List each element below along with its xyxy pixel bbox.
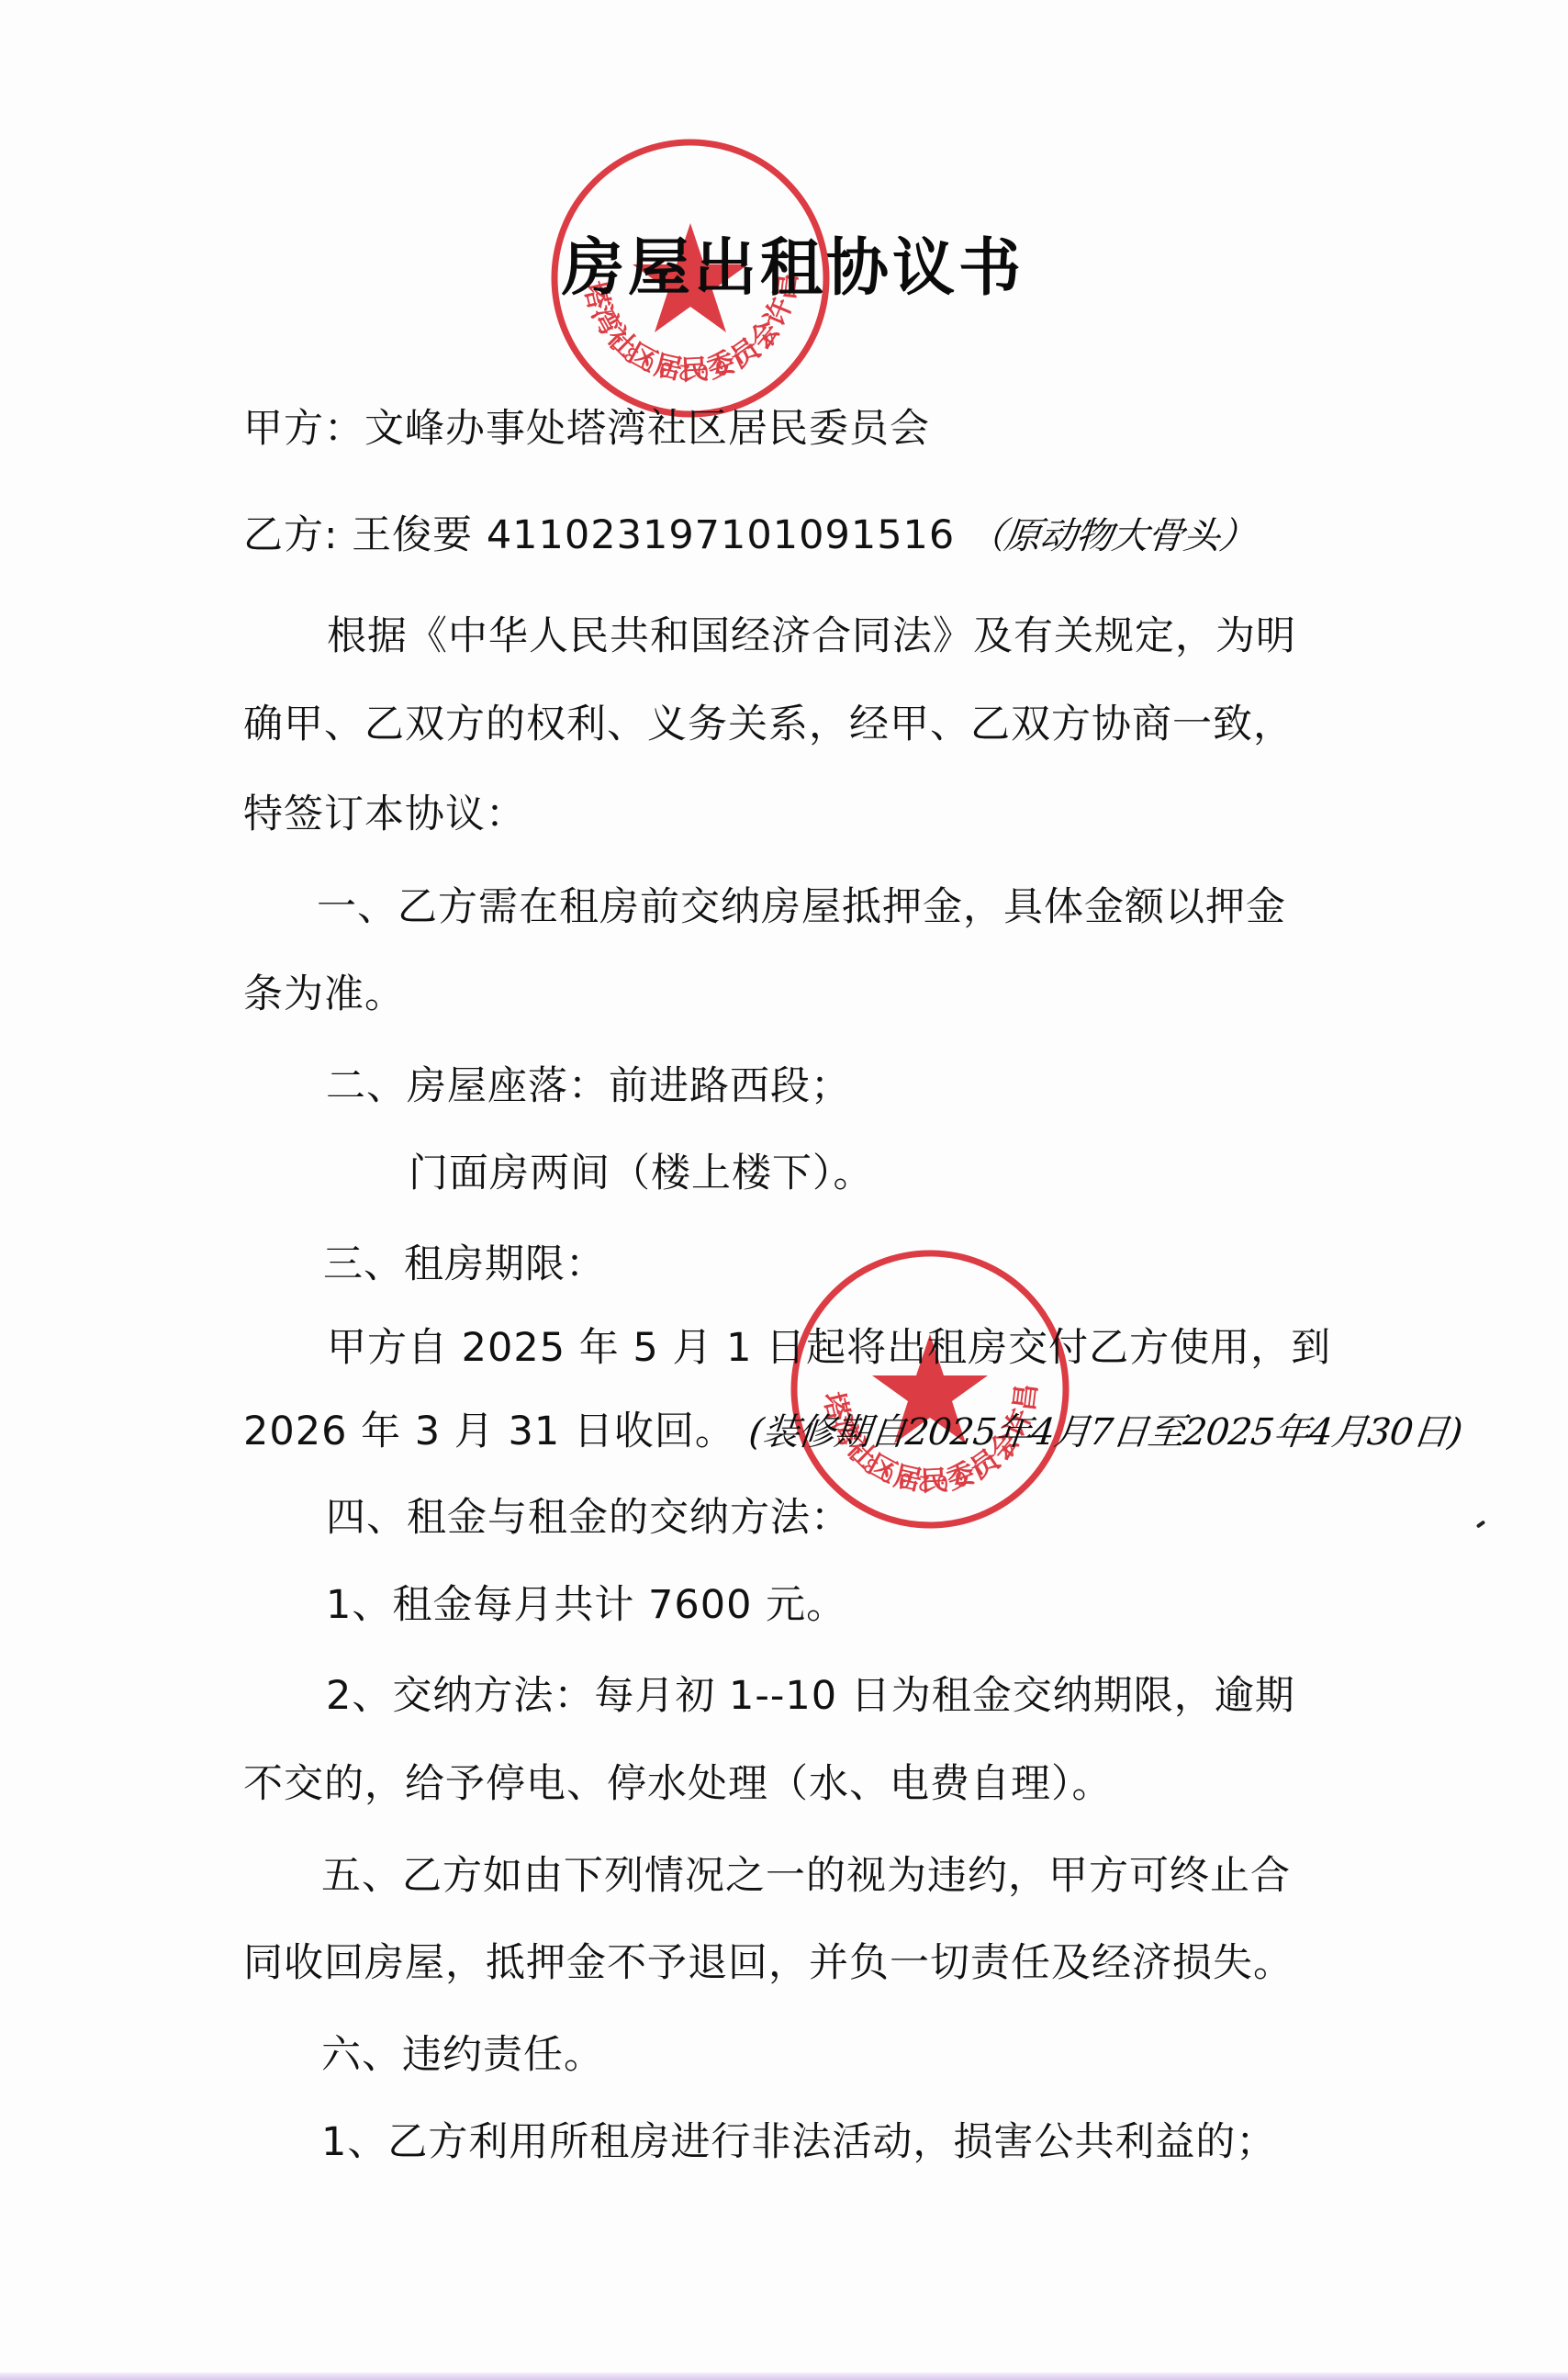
official-seal-icon: 4110020031 塔湾社区居民委员会许昌市魏都区 [788, 1247, 1072, 1532]
clause-4-item-1: 1、租金每月共计 7600 元。 [326, 1586, 846, 1625]
clause-3-line-2: 2026 年 3 月 31 日收回。 (装修期自2025年4月7日至2025年4… [243, 1412, 1462, 1452]
clause-6-item-1: 1、乙方利用所租房进行非法活动，损害公共利益的； [321, 2123, 1276, 2162]
scanned-document-page: 4110020031 塔湾社区居民委员会许昌市魏都区 4110020031 塔湾… [0, 0, 1568, 2380]
clause-5-line-1: 五、乙方如由下列情况之一的视为违约，甲方可终止合 [321, 1857, 1291, 1896]
clause-4-item-2-line-1: 2、交纳方法：每月初 1--10 日为租金交纳期限，逾期 [326, 1677, 1295, 1716]
intro-line-2: 确甲、乙双方的权利、义务关系，经甲、乙双方协商一致， [243, 705, 1294, 745]
intro-line-3: 特签订本协议： [243, 795, 526, 835]
intro-line-1: 根据《中华人民共和国经济合同法》及有关规定，为明 [327, 617, 1296, 657]
document-title: 房屋出租协议书 [562, 219, 1025, 308]
clause-1-line-2: 条为准。 [243, 975, 405, 1015]
party-b-id: 乙方: 王俊要 411023197101091516 [243, 512, 955, 558]
clause-3-heading: 三、租房期限： [323, 1245, 606, 1285]
clause-4-item-2-line-2: 不交的，给予停电、停水处理（水、电费自理）。 [243, 1765, 1113, 1804]
clause-3-return-date: 2026 年 3 月 31 日收回。 [243, 1409, 735, 1454]
party-a-line: 甲方：文峰办事处塔湾社区居民委员会 [243, 410, 930, 449]
clause-4-heading: 四、租金与租金的交纳方法： [326, 1499, 851, 1538]
party-b-handwritten-note: （原动物大骨头） [967, 518, 1257, 555]
page-bottom-edge [0, 2373, 1568, 2380]
renovation-period-handwritten-note: (装修期自2025年4月7日至2025年4月30日) [746, 1414, 1462, 1451]
party-b-line: 乙方: 王俊要 411023197101091516 （原动物大骨头） [243, 516, 1255, 556]
clause-2-heading: 二、房屋座落：前进路西段； [326, 1067, 851, 1106]
clause-6-heading: 六、违约责任。 [321, 2036, 604, 2075]
clause-2-detail: 门面房两间（楼上楼下）。 [409, 1154, 874, 1194]
clause-3-line-1: 甲方自 2025 年 5 月 1 日起将出租房交付乙方使用，到 [327, 1329, 1331, 1368]
scan-speck [1476, 1520, 1485, 1528]
svg-text:塔湾社区居民委员会许昌市魏都区: 塔湾社区居民委员会许昌市魏都区 [788, 1247, 1044, 1499]
clause-1-line-1: 一、乙方需在租房前交纳房屋抵押金，具体金额以押金 [317, 888, 1286, 927]
clause-5-line-2: 同收回房屋，抵押金不予退回，并负一切责任及经济损失。 [243, 1944, 1294, 1983]
